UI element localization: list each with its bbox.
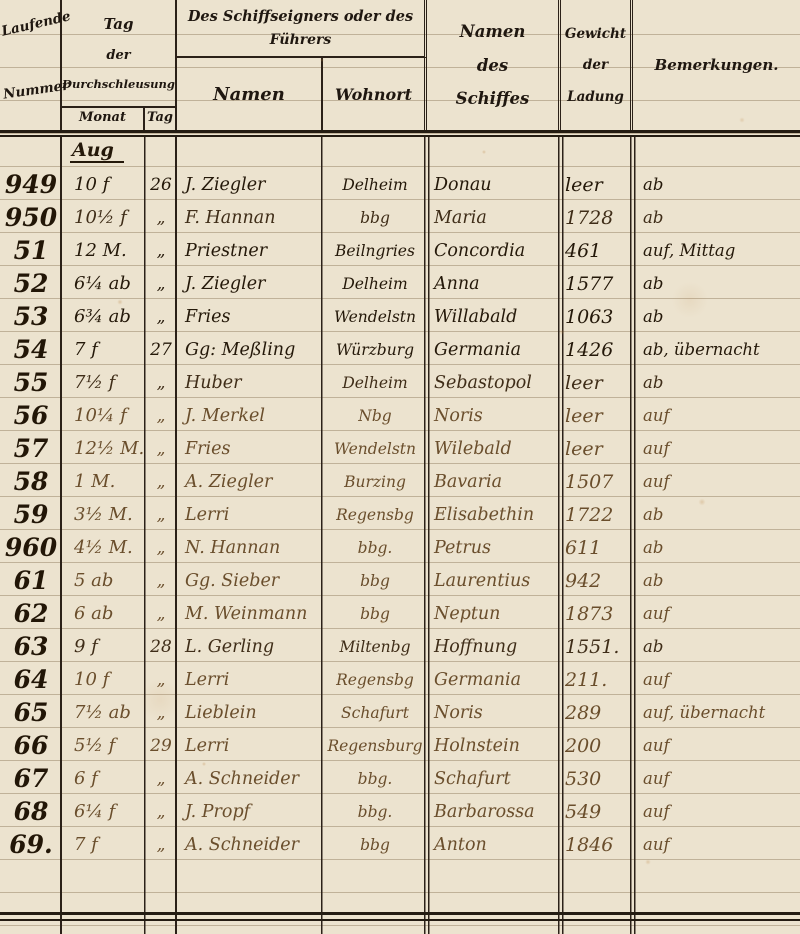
cell-ship: Hoffnung	[427, 632, 561, 662]
table-row: 593½ M.„LerriRegensbgElisabethin1722ab	[0, 498, 800, 531]
cell-weight: 942	[561, 566, 633, 596]
cell-ship: Concordia	[427, 236, 561, 266]
cell-weight: 1507	[561, 467, 633, 497]
cell-ship: Germania	[427, 665, 561, 695]
table-row: 94910 f26J. ZieglerDelheimDonauleerab	[0, 168, 800, 201]
header-sub-day: Tag	[145, 108, 177, 130]
header-owner-residence: Wohnort	[323, 58, 427, 130]
cell-remark: auf	[633, 731, 800, 761]
cell-residence: bbg	[323, 566, 427, 596]
cell-remark: ab	[633, 533, 800, 563]
header-ship-line3: Schiffes	[456, 89, 530, 108]
cell-time: 6 f	[62, 764, 145, 794]
cell-ship: Germania	[427, 335, 561, 365]
cell-weight: 549	[561, 797, 633, 827]
cell-name: Gg: Meßling	[177, 335, 323, 365]
cell-weight: 1551.	[561, 632, 633, 662]
cell-ship: Neptun	[427, 599, 561, 629]
cell-num: 62	[0, 599, 62, 629]
cell-name: J. Ziegler	[177, 269, 323, 299]
cell-residence: Delheim	[323, 269, 427, 299]
header-ship-line2: des	[477, 56, 508, 75]
cell-time: 10 f	[62, 170, 145, 200]
header-ship-name: Namen des Schiffes	[427, 0, 561, 130]
cell-num: 960	[0, 533, 62, 563]
table-row: 5610¼ f„J. MerkelNbgNorisleerauf	[0, 399, 800, 432]
cell-remark: ab	[633, 368, 800, 398]
cell-day: „	[145, 533, 177, 563]
cell-num: 65	[0, 698, 62, 728]
cell-ship: Petrus	[427, 533, 561, 563]
cell-name: Lieblein	[177, 698, 323, 728]
cell-name: A. Ziegler	[177, 467, 323, 497]
ledger-rows: 94910 f26J. ZieglerDelheimDonauleerab950…	[0, 168, 800, 861]
table-row: 615 ab„Gg. SieberbbgLaurentius942ab	[0, 564, 800, 597]
cell-residence: Nbg	[323, 401, 427, 431]
header-owner: Des Schiffseigners oder des Führers	[177, 0, 427, 58]
cell-day: „	[145, 203, 177, 233]
cell-day: „	[145, 401, 177, 431]
table-row: 526¼ ab„J. ZieglerDelheimAnna1577ab	[0, 267, 800, 300]
cell-residence: bbg	[323, 830, 427, 860]
header-owner-name: Namen	[177, 58, 323, 130]
cell-time: 1 M.	[62, 467, 145, 497]
table-row: 95010½ f„F. HannanbbgMaria1728ab	[0, 201, 800, 234]
cell-time: 7 f	[62, 335, 145, 365]
cell-name: Lerri	[177, 731, 323, 761]
cell-num: 67	[0, 764, 62, 794]
cell-ship: Schafurt	[427, 764, 561, 794]
cell-residence: Wendelstn	[323, 302, 427, 332]
cell-ship: Laurentius	[427, 566, 561, 596]
header-cargo-weight: Gewicht der Ladung	[561, 0, 633, 130]
cell-weight: leer	[561, 368, 633, 398]
cell-time: 9 f	[62, 632, 145, 662]
cell-name: Lerri	[177, 500, 323, 530]
cell-residence: bbg.	[323, 533, 427, 563]
header-passage-day-line3: Durchschleusung	[62, 77, 175, 91]
cell-time: 12 M.	[62, 236, 145, 266]
cell-remark: auf	[633, 830, 800, 860]
cell-time: 5 ab	[62, 566, 145, 596]
cell-weight: leer	[561, 170, 633, 200]
table-row: 547 f27Gg: MeßlingWürzburgGermania1426ab…	[0, 333, 800, 366]
cell-day: „	[145, 797, 177, 827]
cell-num: 69.	[0, 830, 62, 860]
cell-num: 55	[0, 368, 62, 398]
cell-weight: leer	[561, 401, 633, 431]
cell-name: J. Propf	[177, 797, 323, 827]
header-ship-line1: Namen	[460, 22, 526, 41]
cell-day: „	[145, 665, 177, 695]
cell-time: 4½ M.	[62, 533, 145, 563]
cell-remark: auf	[633, 797, 800, 827]
cell-ship: Sebastopol	[427, 368, 561, 398]
cell-time: 5½ f	[62, 731, 145, 761]
table-row: 9604½ M.„N. Hannanbbg.Petrus611ab	[0, 531, 800, 564]
cell-day: „	[145, 269, 177, 299]
cell-weight: 1063	[561, 302, 633, 332]
cell-remark: ab	[633, 500, 800, 530]
table-row: 557½ f„HuberDelheimSebastopolleerab	[0, 366, 800, 399]
header-passage-day-line1: Tag	[104, 15, 134, 33]
cell-time: 7 f	[62, 830, 145, 860]
cell-remark: auf	[633, 434, 800, 464]
cell-ship: Willabald	[427, 302, 561, 332]
cell-remark: ab	[633, 566, 800, 596]
cell-residence: Beilngries	[323, 236, 427, 266]
cell-num: 58	[0, 467, 62, 497]
cell-weight: 611	[561, 533, 633, 563]
cell-num: 51	[0, 236, 62, 266]
header-owner-line1: Des Schiffseigners oder des	[188, 8, 413, 25]
cell-name: N. Hannan	[177, 533, 323, 563]
cell-time: 6¼ f	[62, 797, 145, 827]
cell-num: 56	[0, 401, 62, 431]
cell-time: 10½ f	[62, 203, 145, 233]
cell-name: Lerri	[177, 665, 323, 695]
cell-num: 64	[0, 665, 62, 695]
cell-remark: ab	[633, 302, 800, 332]
cell-num: 949	[0, 170, 62, 200]
cell-name: Fries	[177, 434, 323, 464]
cell-ship: Holnstein	[427, 731, 561, 761]
cell-remark: auf	[633, 764, 800, 794]
cell-time: 12½ M.	[62, 434, 145, 464]
cell-ship: Elisabethin	[427, 500, 561, 530]
cell-weight: 289	[561, 698, 633, 728]
cell-ship: Anton	[427, 830, 561, 860]
cell-remark: ab	[633, 170, 800, 200]
cell-residence: Regensburg	[323, 731, 427, 761]
cell-ship: Anna	[427, 269, 561, 299]
cell-name: M. Weinmann	[177, 599, 323, 629]
cell-name: Fries	[177, 302, 323, 332]
cell-name: L. Gerling	[177, 632, 323, 662]
cell-remark: auf	[633, 599, 800, 629]
cell-remark: auf, übernacht	[633, 698, 800, 728]
cell-remark: ab, übernacht	[633, 335, 800, 365]
cell-weight: 211.	[561, 665, 633, 695]
header-running-number: Laufende Nummer	[0, 0, 62, 130]
cell-residence: bbg	[323, 203, 427, 233]
cell-day: „	[145, 500, 177, 530]
header-sub-month: Monat	[62, 108, 145, 130]
cell-remark: auf	[633, 401, 800, 431]
table-row: 626 ab„M. WeinmannbbgNeptun1873auf	[0, 597, 800, 630]
table-row: 5112 M.„PriestnerBeilngriesConcordia461a…	[0, 234, 800, 267]
cell-residence: Wendelstn	[323, 434, 427, 464]
header-double-rule	[0, 130, 800, 137]
cell-remark: ab	[633, 203, 800, 233]
header-passage-day-line2: der	[106, 48, 130, 63]
cell-num: 59	[0, 500, 62, 530]
header-weight-line1: Gewicht	[565, 26, 626, 42]
cell-name: A. Schneider	[177, 764, 323, 794]
cell-time: 10¼ f	[62, 401, 145, 431]
cell-time: 10 f	[62, 665, 145, 695]
cell-time: 7½ f	[62, 368, 145, 398]
cell-time: 6 ab	[62, 599, 145, 629]
cell-day: „	[145, 302, 177, 332]
cell-remark: ab	[633, 269, 800, 299]
cell-remark: auf, Mittag	[633, 236, 800, 266]
cell-residence: bbg.	[323, 797, 427, 827]
table-row: 676 f„A. Schneiderbbg.Schafurt530auf	[0, 762, 800, 795]
cell-name: Gg. Sieber	[177, 566, 323, 596]
cell-weight: 461	[561, 236, 633, 266]
cell-day: „	[145, 467, 177, 497]
cell-residence: Delheim	[323, 170, 427, 200]
cell-num: 950	[0, 203, 62, 233]
cell-day: 29	[145, 731, 177, 761]
cell-name: J. Merkel	[177, 401, 323, 431]
header-owner-line2: Führers	[270, 32, 332, 48]
cell-day: „	[145, 236, 177, 266]
cell-num: 66	[0, 731, 62, 761]
cell-ship: Noris	[427, 401, 561, 431]
cell-weight: 200	[561, 731, 633, 761]
cell-ship: Bavaria	[427, 467, 561, 497]
cell-name: F. Hannan	[177, 203, 323, 233]
cell-name: A. Schneider	[177, 830, 323, 860]
cell-num: 53	[0, 302, 62, 332]
cell-ship: Noris	[427, 698, 561, 728]
table-row: 6410 f„LerriRegensbgGermania211.auf	[0, 663, 800, 696]
cell-time: 6¾ ab	[62, 302, 145, 332]
table-row: 657½ ab„LiebleinSchafurtNoris289auf, übe…	[0, 696, 800, 729]
cell-day: „	[145, 566, 177, 596]
cell-num: 52	[0, 269, 62, 299]
cell-residence: Burzing	[323, 467, 427, 497]
cell-weight: leer	[561, 434, 633, 464]
cell-residence: Regensbg	[323, 665, 427, 695]
cell-day: „	[145, 698, 177, 728]
cell-weight: 1426	[561, 335, 633, 365]
cell-day: „	[145, 434, 177, 464]
table-row: 665½ f29LerriRegensburgHolnstein200auf	[0, 729, 800, 762]
cell-ship: Maria	[427, 203, 561, 233]
cell-residence: Schafurt	[323, 698, 427, 728]
cell-ship: Donau	[427, 170, 561, 200]
table-row: 5712½ M.„FriesWendelstnWilebaldleerauf	[0, 432, 800, 465]
cell-num: 68	[0, 797, 62, 827]
cell-name: J. Ziegler	[177, 170, 323, 200]
cell-day: 27	[145, 335, 177, 365]
cell-ship: Barbarossa	[427, 797, 561, 827]
cell-residence: Miltenbg	[323, 632, 427, 662]
table-row: 536¾ ab„FriesWendelstnWillabald1063ab	[0, 300, 800, 333]
cell-remark: ab	[633, 632, 800, 662]
cell-name: Priestner	[177, 236, 323, 266]
table-header: Laufende Nummer Tag der Durchschleusung …	[0, 0, 800, 130]
cell-residence: bbg	[323, 599, 427, 629]
table-row: 686¼ f„J. Propfbbg.Barbarossa549auf	[0, 795, 800, 828]
cell-day: 26	[145, 170, 177, 200]
cell-day: 28	[145, 632, 177, 662]
cell-weight: 1846	[561, 830, 633, 860]
cell-day: „	[145, 764, 177, 794]
cell-weight: 1722	[561, 500, 633, 530]
header-remarks: Bemerkungen.	[633, 0, 800, 130]
header-weight-line3: Ladung	[567, 89, 624, 105]
cell-weight: 530	[561, 764, 633, 794]
cell-day: „	[145, 599, 177, 629]
table-row: 69.7 f„A. SchneiderbbgAnton1846auf	[0, 828, 800, 861]
table-row: 581 M.„A. ZieglerBurzingBavaria1507auf	[0, 465, 800, 498]
cell-residence: Regensbg	[323, 500, 427, 530]
cell-num: 61	[0, 566, 62, 596]
cell-time: 3½ M.	[62, 500, 145, 530]
cell-num: 54	[0, 335, 62, 365]
cell-remark: auf	[633, 665, 800, 695]
table-row: 639 f28L. GerlingMiltenbgHoffnung1551.ab	[0, 630, 800, 663]
header-running-number-line2: Nummer	[2, 77, 70, 102]
header-passage-day: Tag der Durchschleusung	[62, 0, 177, 108]
month-label: Aug	[70, 139, 124, 163]
cell-weight: 1873	[561, 599, 633, 629]
ledger-page: Laufende Nummer Tag der Durchschleusung …	[0, 0, 800, 934]
cell-remark: auf	[633, 467, 800, 497]
cell-num: 63	[0, 632, 62, 662]
cell-day: „	[145, 830, 177, 860]
cell-num: 57	[0, 434, 62, 464]
bottom-double-rule	[0, 912, 800, 921]
cell-residence: Würzburg	[323, 335, 427, 365]
cell-name: Huber	[177, 368, 323, 398]
cell-day: „	[145, 368, 177, 398]
header-weight-line2: der	[583, 57, 608, 73]
cell-residence: bbg.	[323, 764, 427, 794]
cell-weight: 1728	[561, 203, 633, 233]
cell-time: 6¼ ab	[62, 269, 145, 299]
cell-ship: Wilebald	[427, 434, 561, 464]
cell-residence: Delheim	[323, 368, 427, 398]
cell-weight: 1577	[561, 269, 633, 299]
cell-time: 7½ ab	[62, 698, 145, 728]
